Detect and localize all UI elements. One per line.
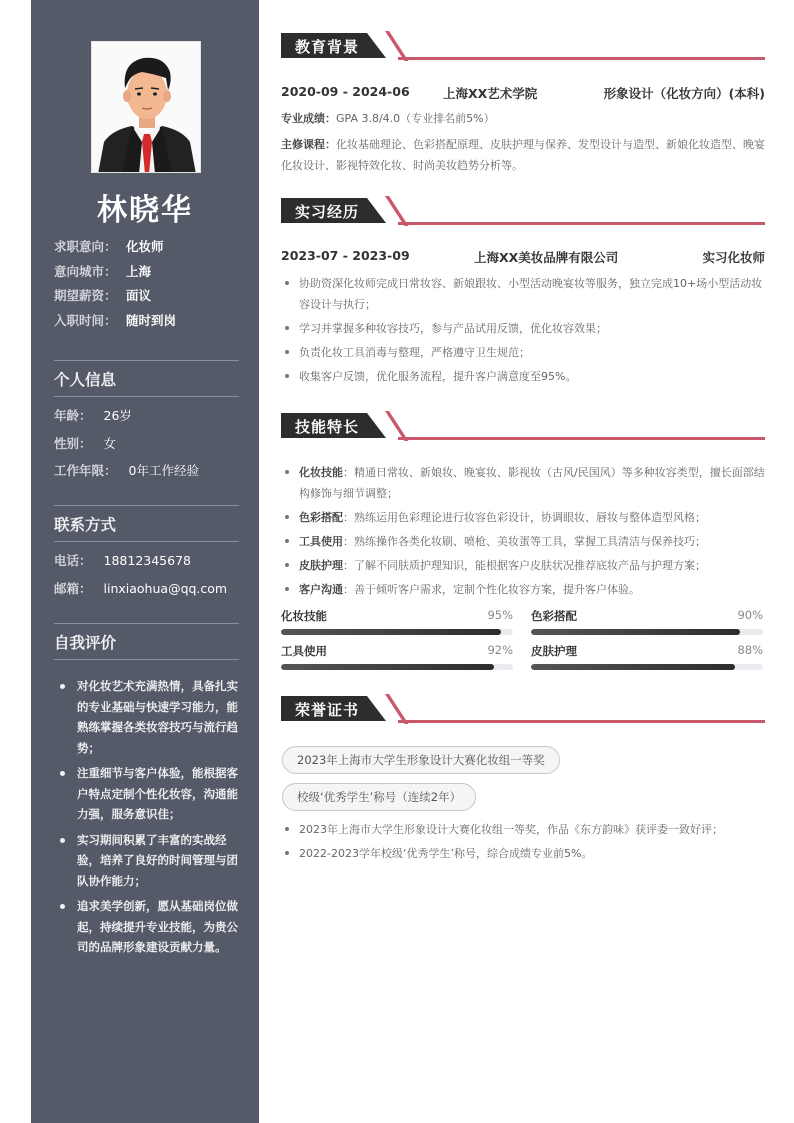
experience-item: 协助资深化妆师完成日常妆容、新娘跟妆、小型活动晚宴妆等服务，独立完成10+场小型… bbox=[281, 273, 765, 315]
avatar-illustration-icon bbox=[92, 42, 201, 173]
section-title: 技能特长 bbox=[295, 416, 359, 437]
gpa-value: GPA 3.8/4.0（专业排名前5%） bbox=[336, 112, 495, 125]
skill-label: 皮肤护理 bbox=[299, 559, 343, 572]
section-title-bar: 联系方式 bbox=[54, 505, 239, 542]
education-row: 2020-09 - 2024-06 上海XX艺术学院 形象设计（化妆方向）(本科… bbox=[281, 84, 765, 102]
gpa-label: 专业成绩： bbox=[281, 112, 336, 125]
bar-track bbox=[281, 629, 513, 635]
edu-school: 上海XX艺术学院 bbox=[443, 84, 588, 102]
bar-name: 化妆技能 bbox=[281, 608, 327, 626]
intent-label: 入职时间： bbox=[54, 312, 126, 337]
bar-percent: 95% bbox=[487, 608, 513, 626]
bar-fill bbox=[281, 664, 494, 670]
skill-bar-tools: 工具使用92% bbox=[281, 643, 513, 670]
skill-bar-skincare: 皮肤护理88% bbox=[531, 643, 763, 670]
info-label: 性别： bbox=[54, 435, 92, 463]
skill-label: 色彩搭配 bbox=[299, 511, 343, 524]
bar-track bbox=[531, 664, 763, 670]
skills-list: 化妆技能：精通日常妆、新娘妆、晚宴妆、影视妆（古风/民国风）等多种妆容类型，擅长… bbox=[281, 462, 765, 603]
intent-value: 面议 bbox=[126, 287, 151, 312]
skill-item: 工具使用：熟练操作各类化妆刷、喷枪、美妆蛋等工具，掌握工具清洁与保养技巧； bbox=[281, 531, 765, 552]
skill-text: ：善于倾听客户需求，定制个性化妆容方案，提升客户体验。 bbox=[343, 583, 640, 596]
bar-fill bbox=[531, 664, 735, 670]
bar-fill bbox=[531, 629, 740, 635]
bar-name: 皮肤护理 bbox=[531, 643, 577, 661]
info-row-age: 年龄： 26岁 bbox=[54, 407, 239, 435]
honor-pill: 2023年上海市大学生形象设计大赛化妆组一等奖 bbox=[282, 746, 560, 774]
honor-item: 2023年上海市大学生形象设计大赛化妆组一等奖，作品《东方韵味》获评委一致好评； bbox=[281, 819, 765, 840]
skill-item: 客户沟通：善于倾听客户需求，定制个性化妆容方案，提升客户体验。 bbox=[281, 579, 765, 600]
skill-item: 皮肤护理：了解不同肤质护理知识，能根据客户皮肤状况推荐底妆产品与护理方案； bbox=[281, 555, 765, 576]
experience-item: 收集客户反馈，优化服务流程，提升客户满意度至95%。 bbox=[281, 366, 765, 387]
honor-pill: 校级‘优秀学生’称号（连续2年） bbox=[282, 783, 476, 811]
section-title: 实习经历 bbox=[295, 201, 359, 222]
accent-line bbox=[398, 57, 765, 60]
skill-text: ：了解不同肤质护理知识，能根据客户皮肤状况推荐底妆产品与护理方案； bbox=[343, 559, 706, 572]
edu-date: 2020-09 - 2024-06 bbox=[281, 84, 443, 102]
intent-row-salary: 期望薪资： 面议 bbox=[54, 287, 244, 312]
self-evaluation-section: 自我评价 对化妆艺术充满热情，具备扎实的专业基础与快速学习能力，能熟练掌握各类妆… bbox=[54, 623, 239, 963]
section-title-bar: 自我评价 bbox=[54, 623, 239, 660]
skill-text: ：精通日常妆、新娘妆、晚宴妆、影视妆（古风/民国风）等多种妆容类型，擅长面部结构… bbox=[299, 466, 765, 500]
intent-row-position: 求职意向： 化妆师 bbox=[54, 238, 244, 263]
self-eval-item: 注重细节与客户体验，能根据客户特点定制个性化妆容，沟通能力强，服务意识佳； bbox=[54, 763, 239, 825]
exp-company: 上海XX美妆品牌有限公司 bbox=[474, 248, 618, 266]
experience-row: 2023-07 - 2023-09 上海XX美妆品牌有限公司 实习化妆师 bbox=[281, 248, 765, 266]
email-value: linxiaohua@qq.com bbox=[104, 580, 228, 608]
info-value: 26岁 bbox=[104, 407, 132, 435]
bar-track bbox=[531, 629, 763, 635]
education-header: 教育背景 bbox=[281, 33, 765, 65]
section-title: 个人信息 bbox=[54, 368, 239, 390]
honors-header: 荣誉证书 bbox=[281, 696, 765, 728]
bar-name: 色彩搭配 bbox=[531, 608, 577, 626]
skill-label: 化妆技能 bbox=[299, 466, 343, 479]
skill-bar-color: 色彩搭配90% bbox=[531, 608, 763, 635]
skill-bars: 化妆技能95% 色彩搭配90% 工具使用92% 皮肤护理88% bbox=[281, 608, 765, 670]
contact-section: 联系方式 电话： 18812345678 邮箱： linxiaohua@qq.c… bbox=[54, 505, 239, 607]
honors-list: 2023年上海市大学生形象设计大赛化妆组一等奖，作品《东方韵味》获评委一致好评；… bbox=[281, 819, 765, 867]
section-title-bar: 个人信息 bbox=[54, 360, 239, 397]
intent-label: 意向城市： bbox=[54, 263, 126, 288]
intent-value: 随时到岗 bbox=[126, 312, 176, 337]
bar-percent: 92% bbox=[487, 643, 513, 661]
self-eval-list: 对化妆艺术充满热情，具备扎实的专业基础与快速学习能力，能熟练掌握各类妆容技巧与流… bbox=[54, 660, 239, 958]
sidebar: 林晓华 求职意向： 化妆师 意向城市： 上海 期望薪资： 面议 入职时间： 随时… bbox=[31, 0, 259, 1123]
bar-percent: 88% bbox=[737, 643, 763, 661]
section-title: 自我评价 bbox=[54, 631, 239, 653]
intent-label: 期望薪资： bbox=[54, 287, 126, 312]
skills-header: 技能特长 bbox=[281, 413, 765, 445]
section-title: 联系方式 bbox=[54, 513, 239, 535]
edu-major: 形象设计（化妆方向）(本科) bbox=[588, 84, 765, 102]
intent-row-start: 入职时间： 随时到岗 bbox=[54, 312, 244, 337]
intent-label: 求职意向： bbox=[54, 238, 126, 263]
candidate-name: 林晓华 bbox=[31, 185, 259, 229]
exp-role: 实习化妆师 bbox=[702, 248, 765, 266]
contact-row-phone: 电话： 18812345678 bbox=[54, 552, 239, 580]
honor-item: 2022-2023学年校级‘优秀学生’称号，综合成绩专业前5%。 bbox=[281, 843, 765, 864]
edu-courses: 主修课程：化妆基础理论、色彩搭配原理、皮肤护理与保养、发型设计与造型、新娘化妆造… bbox=[281, 134, 765, 176]
experience-list: 协助资深化妆师完成日常妆容、新娘跟妆、小型活动晚宴妆等服务，独立完成10+场小型… bbox=[281, 273, 765, 390]
experience-item: 负责化妆工具消毒与整理，严格遵守卫生规范； bbox=[281, 342, 765, 363]
skill-label: 客户沟通 bbox=[299, 583, 343, 596]
accent-line bbox=[398, 437, 765, 440]
courses-value: 化妆基础理论、色彩搭配原理、皮肤护理与保养、发型设计与造型、新娘化妆造型、晚宴化… bbox=[281, 138, 765, 172]
info-value: 0年工作经验 bbox=[129, 462, 199, 490]
accent-line bbox=[398, 720, 765, 723]
self-eval-item: 实习期间积累了丰富的实战经验，培养了良好的时间管理与团队协作能力； bbox=[54, 830, 239, 892]
profile-photo bbox=[91, 41, 201, 173]
edu-gpa: 专业成绩：GPA 3.8/4.0（专业排名前5%） bbox=[281, 108, 765, 129]
bar-percent: 90% bbox=[737, 608, 763, 626]
bar-name: 工具使用 bbox=[281, 643, 327, 661]
info-value: 女 bbox=[104, 435, 117, 463]
info-label: 工作年限： bbox=[54, 462, 117, 490]
contact-label: 邮箱： bbox=[54, 580, 92, 608]
skill-label: 工具使用 bbox=[299, 535, 343, 548]
experience-item: 学习并掌握多种妆容技巧，参与产品试用反馈，优化妆容效果； bbox=[281, 318, 765, 339]
info-row-years: 工作年限： 0年工作经验 bbox=[54, 462, 239, 490]
intent-value: 上海 bbox=[126, 263, 151, 288]
skill-text: ：熟练操作各类化妆刷、喷枪、美妆蛋等工具，掌握工具清洁与保养技巧； bbox=[343, 535, 706, 548]
self-eval-item: 对化妆艺术充满热情，具备扎实的专业基础与快速学习能力，能熟练掌握各类妆容技巧与流… bbox=[54, 676, 239, 758]
info-label: 年龄： bbox=[54, 407, 92, 435]
skill-text: ：熟练运用色彩理论进行妆容色彩设计，协调眼妆、唇妆与整体造型风格； bbox=[343, 511, 706, 524]
section-title: 荣誉证书 bbox=[295, 699, 359, 720]
skill-item: 化妆技能：精通日常妆、新娘妆、晚宴妆、影视妆（古风/民国风）等多种妆容类型，擅长… bbox=[281, 462, 765, 504]
accent-line bbox=[398, 222, 765, 225]
skill-bar-makeup: 化妆技能95% bbox=[281, 608, 513, 635]
job-intent: 求职意向： 化妆师 意向城市： 上海 期望薪资： 面议 入职时间： 随时到岗 bbox=[54, 238, 244, 336]
phone-value: 18812345678 bbox=[104, 552, 191, 580]
bar-fill bbox=[281, 629, 501, 635]
contact-row-email: 邮箱： linxiaohua@qq.com bbox=[54, 580, 239, 608]
self-eval-item: 追求美学创新，愿从基础岗位做起，持续提升专业技能，为贵公司的品牌形象建设贡献力量… bbox=[54, 896, 239, 958]
resume-page: 林晓华 求职意向： 化妆师 意向城市： 上海 期望薪资： 面议 入职时间： 随时… bbox=[0, 0, 794, 1123]
info-row-gender: 性别： 女 bbox=[54, 435, 239, 463]
section-title: 教育背景 bbox=[295, 36, 359, 57]
bar-track bbox=[281, 664, 513, 670]
exp-date: 2023-07 - 2023-09 bbox=[281, 248, 410, 263]
skill-item: 色彩搭配：熟练运用色彩理论进行妆容色彩设计，协调眼妆、唇妆与整体造型风格； bbox=[281, 507, 765, 528]
courses-label: 主修课程： bbox=[281, 138, 336, 151]
personal-info-section: 个人信息 年龄： 26岁 性别： 女 工作年限： 0年工作经验 bbox=[54, 360, 239, 490]
intent-row-city: 意向城市： 上海 bbox=[54, 263, 244, 288]
experience-header: 实习经历 bbox=[281, 198, 765, 230]
intent-value: 化妆师 bbox=[126, 238, 164, 263]
contact-label: 电话： bbox=[54, 552, 92, 580]
